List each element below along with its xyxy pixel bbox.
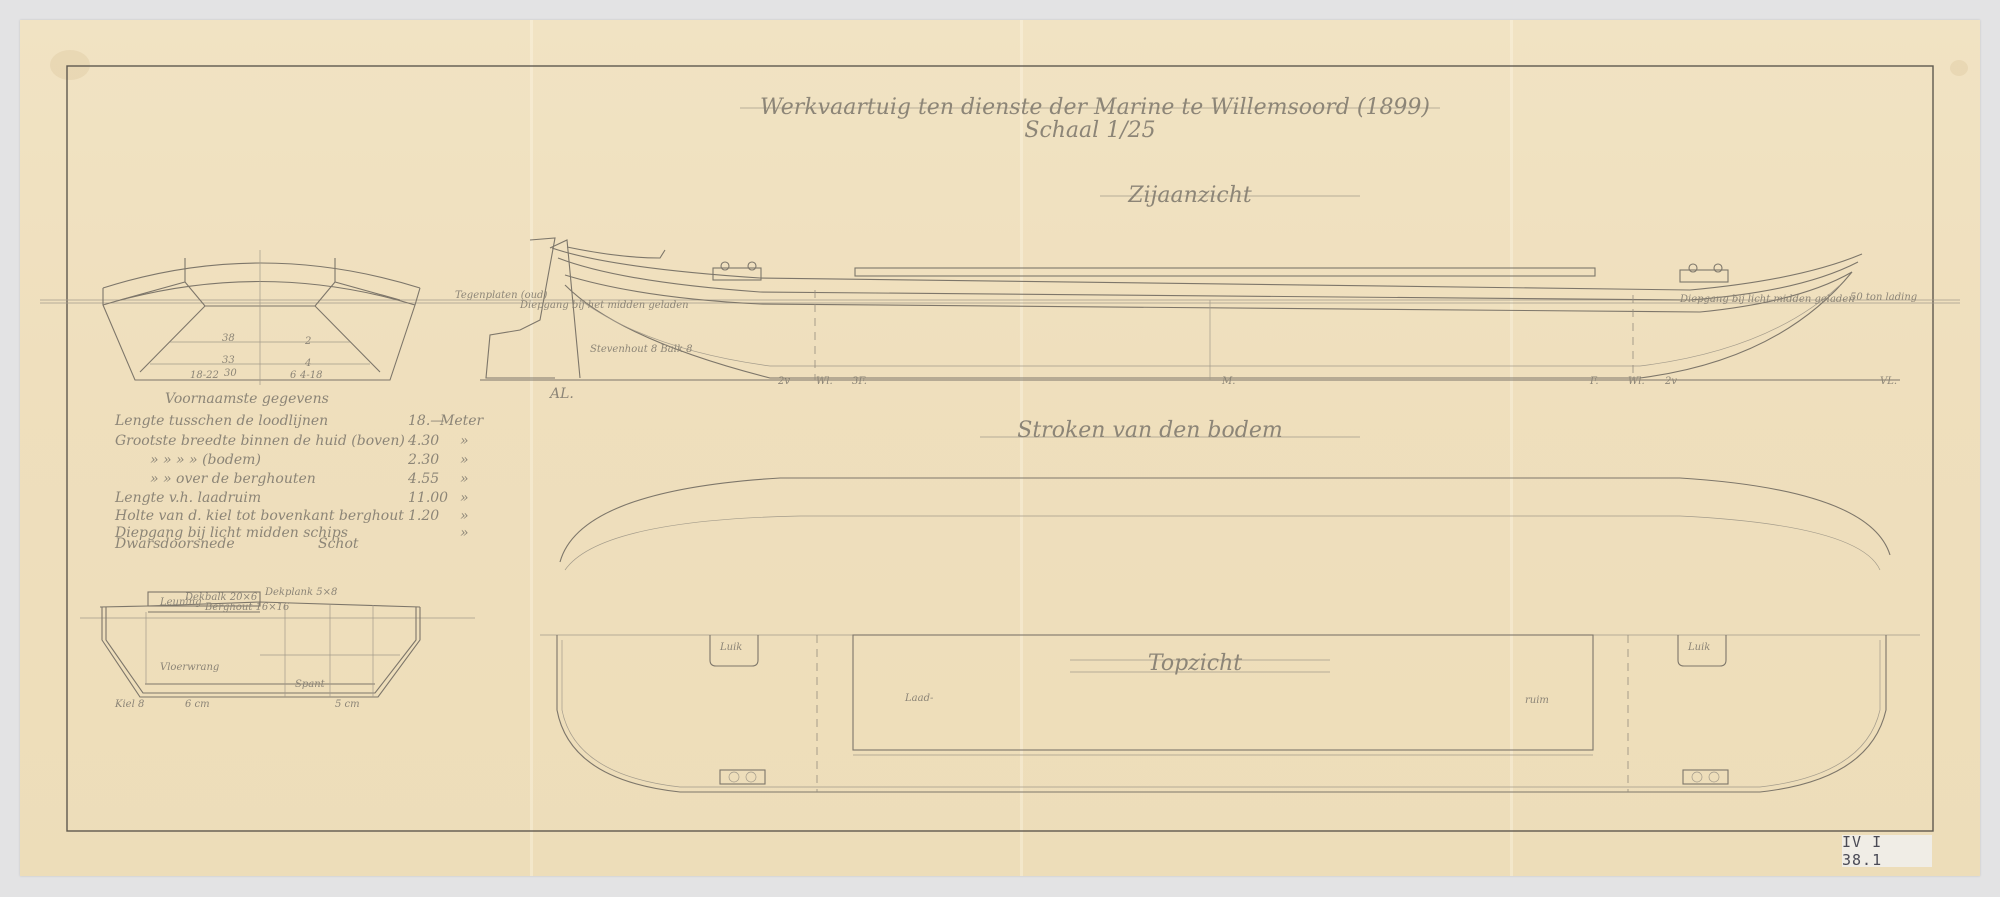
- svg-text:18-22: 18-22: [190, 370, 219, 381]
- svg-text:4.55: 4.55: [407, 471, 439, 487]
- dimension-row: Holte van d. kiel tot bovenkant berghout…: [114, 508, 469, 524]
- svg-text:3F.: 3F.: [852, 376, 867, 387]
- svg-text:»: »: [460, 433, 469, 449]
- svg-text:38: 38: [222, 333, 235, 344]
- midship-section: Leuning Dekbalk 20×6 Berghout 16×16 Dekp…: [80, 587, 475, 710]
- svg-text:»: »: [460, 508, 469, 524]
- svg-text:»: »: [460, 525, 469, 541]
- svg-text:Wl.: Wl.: [816, 376, 833, 387]
- svg-text:4-18: 4-18: [299, 370, 322, 381]
- dimensions-table: Voornaamste gegevens Lengte tusschen de …: [114, 391, 485, 552]
- svg-text:Luik: Luik: [1687, 642, 1710, 653]
- svg-text:18.—: 18.—: [408, 413, 444, 429]
- dimension-row: Lengte v.h. laadruim 11.00 »: [114, 490, 469, 506]
- dimension-row: Grootste breedte binnen de huid (boven) …: [115, 433, 469, 449]
- svg-text:Lengte tusschen de loodlijnen: Lengte tusschen de loodlijnen: [114, 413, 328, 429]
- scale-label: Schaal 1/25: [1024, 118, 1155, 143]
- body-plan: 38 2 33 4 18-22 30 6 4-18: [103, 250, 420, 385]
- svg-text:Dekplank 5×8: Dekplank 5×8: [264, 587, 337, 598]
- svg-text:Holte van d. kiel tot bovenkan: Holte van d. kiel tot bovenkant berghout: [114, 508, 404, 524]
- svg-text:Vloerwrang: Vloerwrang: [160, 662, 219, 673]
- svg-text:2v: 2v: [777, 376, 790, 387]
- svg-text:F.: F.: [1589, 376, 1599, 387]
- svg-text:1.20: 1.20: [408, 508, 439, 524]
- svg-text:Diepgang bij het midden gelade: Diepgang bij het midden geladen: [519, 300, 689, 311]
- bottom-planks-label: Stroken van den bodem: [1017, 418, 1282, 443]
- svg-text:33: 33: [222, 355, 235, 366]
- svg-text:4: 4: [304, 358, 311, 369]
- svg-text:»: »: [460, 471, 469, 487]
- svg-text:AL.: AL.: [548, 386, 574, 402]
- section-label-right: Schot: [318, 536, 359, 552]
- svg-text:Kiel 8: Kiel 8: [114, 699, 144, 710]
- svg-text:Spant: Spant: [295, 679, 326, 690]
- svg-text:30: 30: [224, 368, 237, 379]
- svg-text:2v: 2v: [1664, 376, 1677, 387]
- svg-text:5 cm: 5 cm: [335, 699, 360, 710]
- svg-text:6 cm: 6 cm: [185, 699, 210, 710]
- svg-text:50 ton lading: 50 ton lading: [1850, 292, 1917, 303]
- dimensions-heading: Voornaamste gegevens: [165, 391, 329, 407]
- svg-text:Diepgang bij licht midden gela: Diepgang bij licht midden geladen: [1679, 294, 1855, 305]
- top-view-label: Topzicht: [1148, 651, 1242, 676]
- svg-text:2: 2: [304, 336, 311, 347]
- svg-text:2.30: 2.30: [407, 452, 439, 468]
- svg-text:ruim: ruim: [1525, 695, 1549, 706]
- top-view: Luik Luik Topzicht Laad- ruim: [540, 478, 1920, 792]
- svg-text:» » over de berghouten: » » over de berghouten: [150, 471, 316, 487]
- svg-text:6: 6: [290, 370, 297, 381]
- svg-text:Stevenhout 8 Balk 8: Stevenhout 8 Balk 8: [590, 344, 693, 355]
- side-view-label: Zijaanzicht: [1127, 183, 1252, 208]
- svg-text:Wl.: Wl.: [1628, 376, 1645, 387]
- svg-text:»: »: [460, 490, 469, 506]
- svg-text:Luik: Luik: [719, 642, 742, 653]
- svg-text:11.00: 11.00: [408, 490, 448, 506]
- section-label-left: Dwarsdoorsnede: [114, 536, 235, 552]
- svg-text:Grootste breedte binnen de hui: Grootste breedte binnen de huid (boven): [115, 433, 405, 449]
- svg-text:»: »: [460, 452, 469, 468]
- svg-text:Laad-: Laad-: [904, 693, 934, 704]
- svg-text:M.: M.: [1221, 376, 1235, 387]
- svg-text:Lengte v.h. laadruim: Lengte v.h. laadruim: [114, 490, 261, 506]
- svg-text:» » » » (bodem): » » » » (bodem): [150, 452, 261, 468]
- dimension-row: » » » » (bodem) 2.30 »: [150, 452, 469, 468]
- svg-text:Berghout 16×16: Berghout 16×16: [204, 602, 290, 613]
- svg-text:4.30: 4.30: [407, 433, 439, 449]
- dimension-row: » » over de berghouten 4.55 »: [150, 471, 469, 487]
- ship-plan: Werkvaartuig ten dienste der Marine te W…: [0, 0, 2000, 897]
- svg-text:Meter: Meter: [439, 413, 485, 429]
- document-title: Werkvaartuig ten dienste der Marine te W…: [760, 95, 1430, 120]
- side-view: AL. 2v Wl. 3F. M. F. Wl. 2v VL. Tegenpla…: [455, 238, 1917, 402]
- catalog-number-label: IV I 38.1: [1842, 835, 1932, 867]
- svg-text:VL.: VL.: [1880, 376, 1897, 387]
- dimension-row: Lengte tusschen de loodlijnen 18.— Meter: [114, 413, 485, 429]
